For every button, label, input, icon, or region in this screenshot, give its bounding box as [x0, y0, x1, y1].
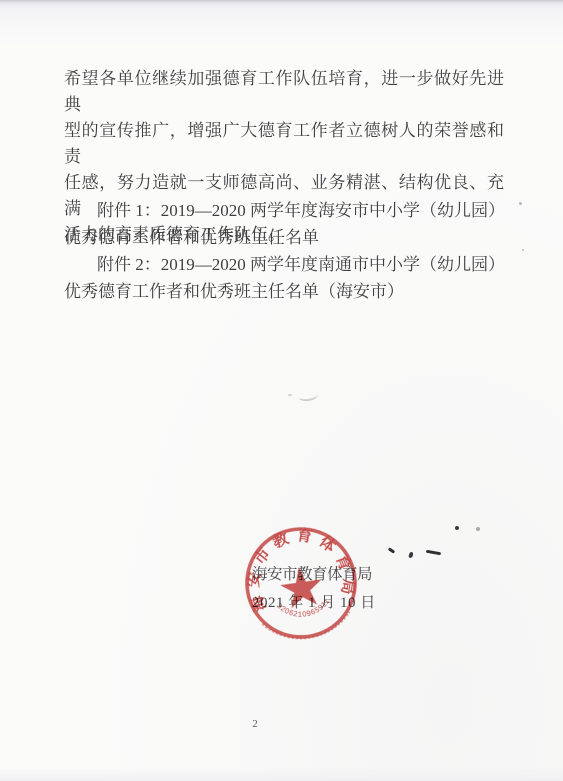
- scan-smudge-dot: [288, 394, 292, 396]
- ink-speck: [519, 202, 522, 205]
- scan-smudge: [297, 389, 318, 403]
- seal-graphic: 海安市教育体育局 3206210965911: [205, 487, 397, 679]
- official-seal-stamp: 海安市教育体育局 3206210965911: [205, 487, 397, 679]
- ink-speck: [455, 526, 459, 530]
- attachment-line: 优秀德育工作者和优秀班主任名单（海安市）: [64, 278, 516, 305]
- ink-speck: [408, 552, 413, 559]
- ink-speck: [388, 547, 395, 553]
- page-number: 2: [248, 718, 262, 730]
- attachment-line: 附件 1：2019—2020 两学年度海安市中小学（幼儿园）: [64, 197, 516, 224]
- seal-star-icon: [278, 564, 325, 609]
- attachment-line: 优秀德育工作者和优秀班主任名单: [64, 224, 516, 251]
- ink-speck: [426, 550, 441, 556]
- ink-speck: [476, 527, 480, 531]
- body-line: 希望各单位继续加强德育工作队伍培育，进一步做好先进典: [64, 66, 504, 118]
- body-line: 型的宣传推广，增强广大德育工作者立德树人的荣誉感和责: [64, 118, 504, 170]
- attachments-block: 附件 1：2019—2020 两学年度海安市中小学（幼儿园） 优秀德育工作者和优…: [64, 197, 516, 305]
- attachment-line: 附件 2：2019—2020 两学年度南通市中小学（幼儿园）: [64, 251, 516, 278]
- ink-speck: [522, 249, 524, 251]
- scanned-document-page: 希望各单位继续加强德育工作队伍培育，进一步做好先进典 型的宣传推广，增强广大德育…: [0, 0, 563, 781]
- seal-code-text: 3206210965911: [274, 594, 333, 622]
